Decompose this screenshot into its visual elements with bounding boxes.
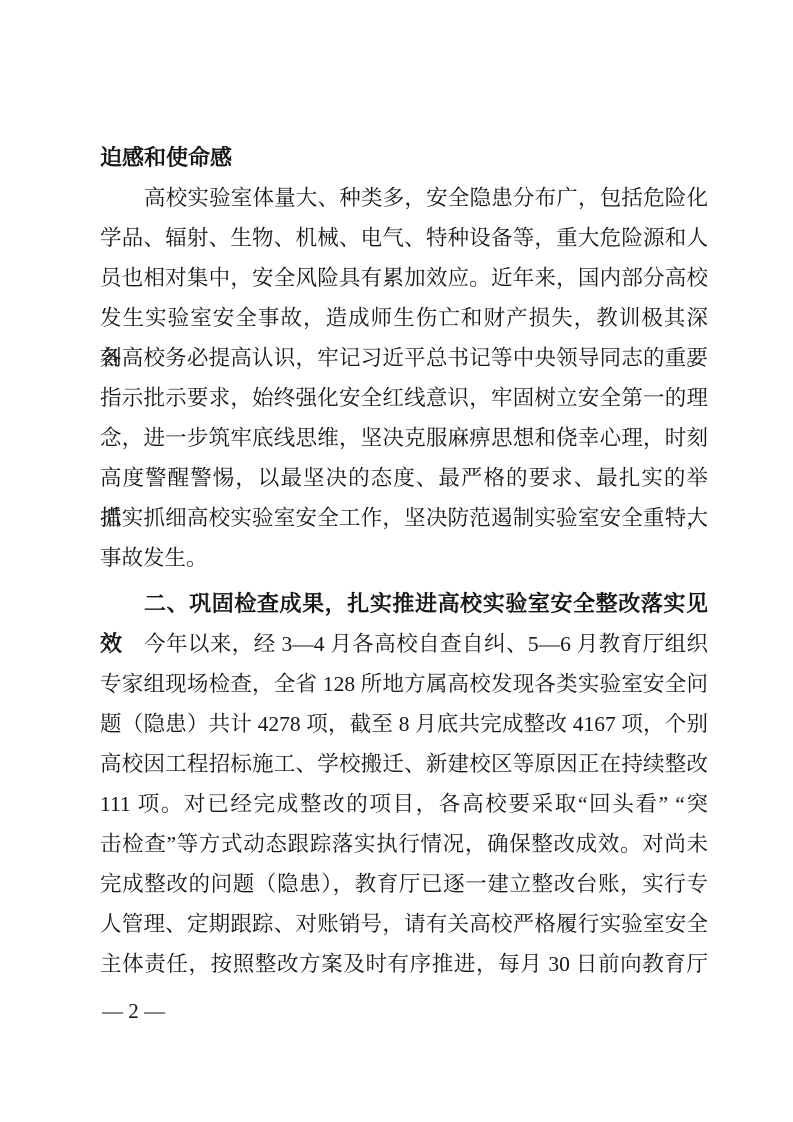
page-number: — 2 — <box>102 998 165 1024</box>
document-page: 迫感和使命感高校实验室体量大、种类多，安全隐患分布广，包括危险化学品、辐射、生物… <box>0 0 793 1122</box>
body-text-line: 指示批示要求，始终强化安全红线意识，牢固树立安全第一的理 <box>100 378 708 418</box>
body-text-line: 击检查”等方式动态跟踪落实执行情况，确保整改成效。对尚未 <box>100 824 708 864</box>
body-text-line: 高校实验室体量大、种类多，安全隐患分布广，包括危险化 <box>100 178 708 218</box>
heading-line: 迫感和使命感 <box>100 138 708 178</box>
heading-line: 二、巩固检查成果，扎实推进高校实验室安全整改落实见效 <box>100 584 708 624</box>
body-text-line: 今年以来，经 3—4 月各高校自查自纠、5—6 月教育厅组织 <box>100 624 708 664</box>
body-text-line: 发生实验室安全事故，造成师生伤亡和财产损失，教训极其深刻。 <box>100 298 708 338</box>
body-text-line: 抓实抓细高校实验室安全工作，坚决防范遏制实验室安全重特大 <box>100 498 708 538</box>
body-text-line: 主体责任，按照整改方案及时有序推进，每月 30 日前向教育厅 <box>100 944 708 984</box>
body-text-line: 学品、辐射、生物、机械、电气、特种设备等，重大危险源和人 <box>100 218 708 258</box>
body-text-line: 题（隐患）共计 4278 项，截至 8 月底共完成整改 4167 项，个别 <box>100 704 708 744</box>
body-text-line: 专家组现场检查，全省 128 所地方属高校发现各类实验室安全问 <box>100 664 708 704</box>
body-text-line: 人管理、定期跟踪、对账销号，请有关高校严格履行实验室安全 <box>100 904 708 944</box>
body-text-line: 111 项。对已经完成整改的项目，各高校要采取“回头看” “突 <box>100 784 708 824</box>
body-text-line: 员也相对集中，安全风险具有累加效应。近年来，国内部分高校 <box>100 258 708 298</box>
body-text-line: 完成整改的问题（隐患），教育厅已逐一建立整改台账，实行专 <box>100 864 708 904</box>
body-text-line: 高度警醒警惕，以最坚决的态度、最严格的要求、最扎实的举措， <box>100 458 708 498</box>
body-text-line: 高校因工程招标施工、学校搬迁、新建校区等原因正在持续整改 <box>100 744 708 784</box>
body-text-line: 事故发生。 <box>100 538 708 578</box>
body-text-line: 各高校务必提高认识，牢记习近平总书记等中央领导同志的重要 <box>100 338 708 378</box>
document-content: 迫感和使命感高校实验室体量大、种类多，安全隐患分布广，包括危险化学品、辐射、生物… <box>100 138 708 984</box>
body-text-line: 念，进一步筑牢底线思维，坚决克服麻痹思想和侥幸心理，时刻 <box>100 418 708 458</box>
